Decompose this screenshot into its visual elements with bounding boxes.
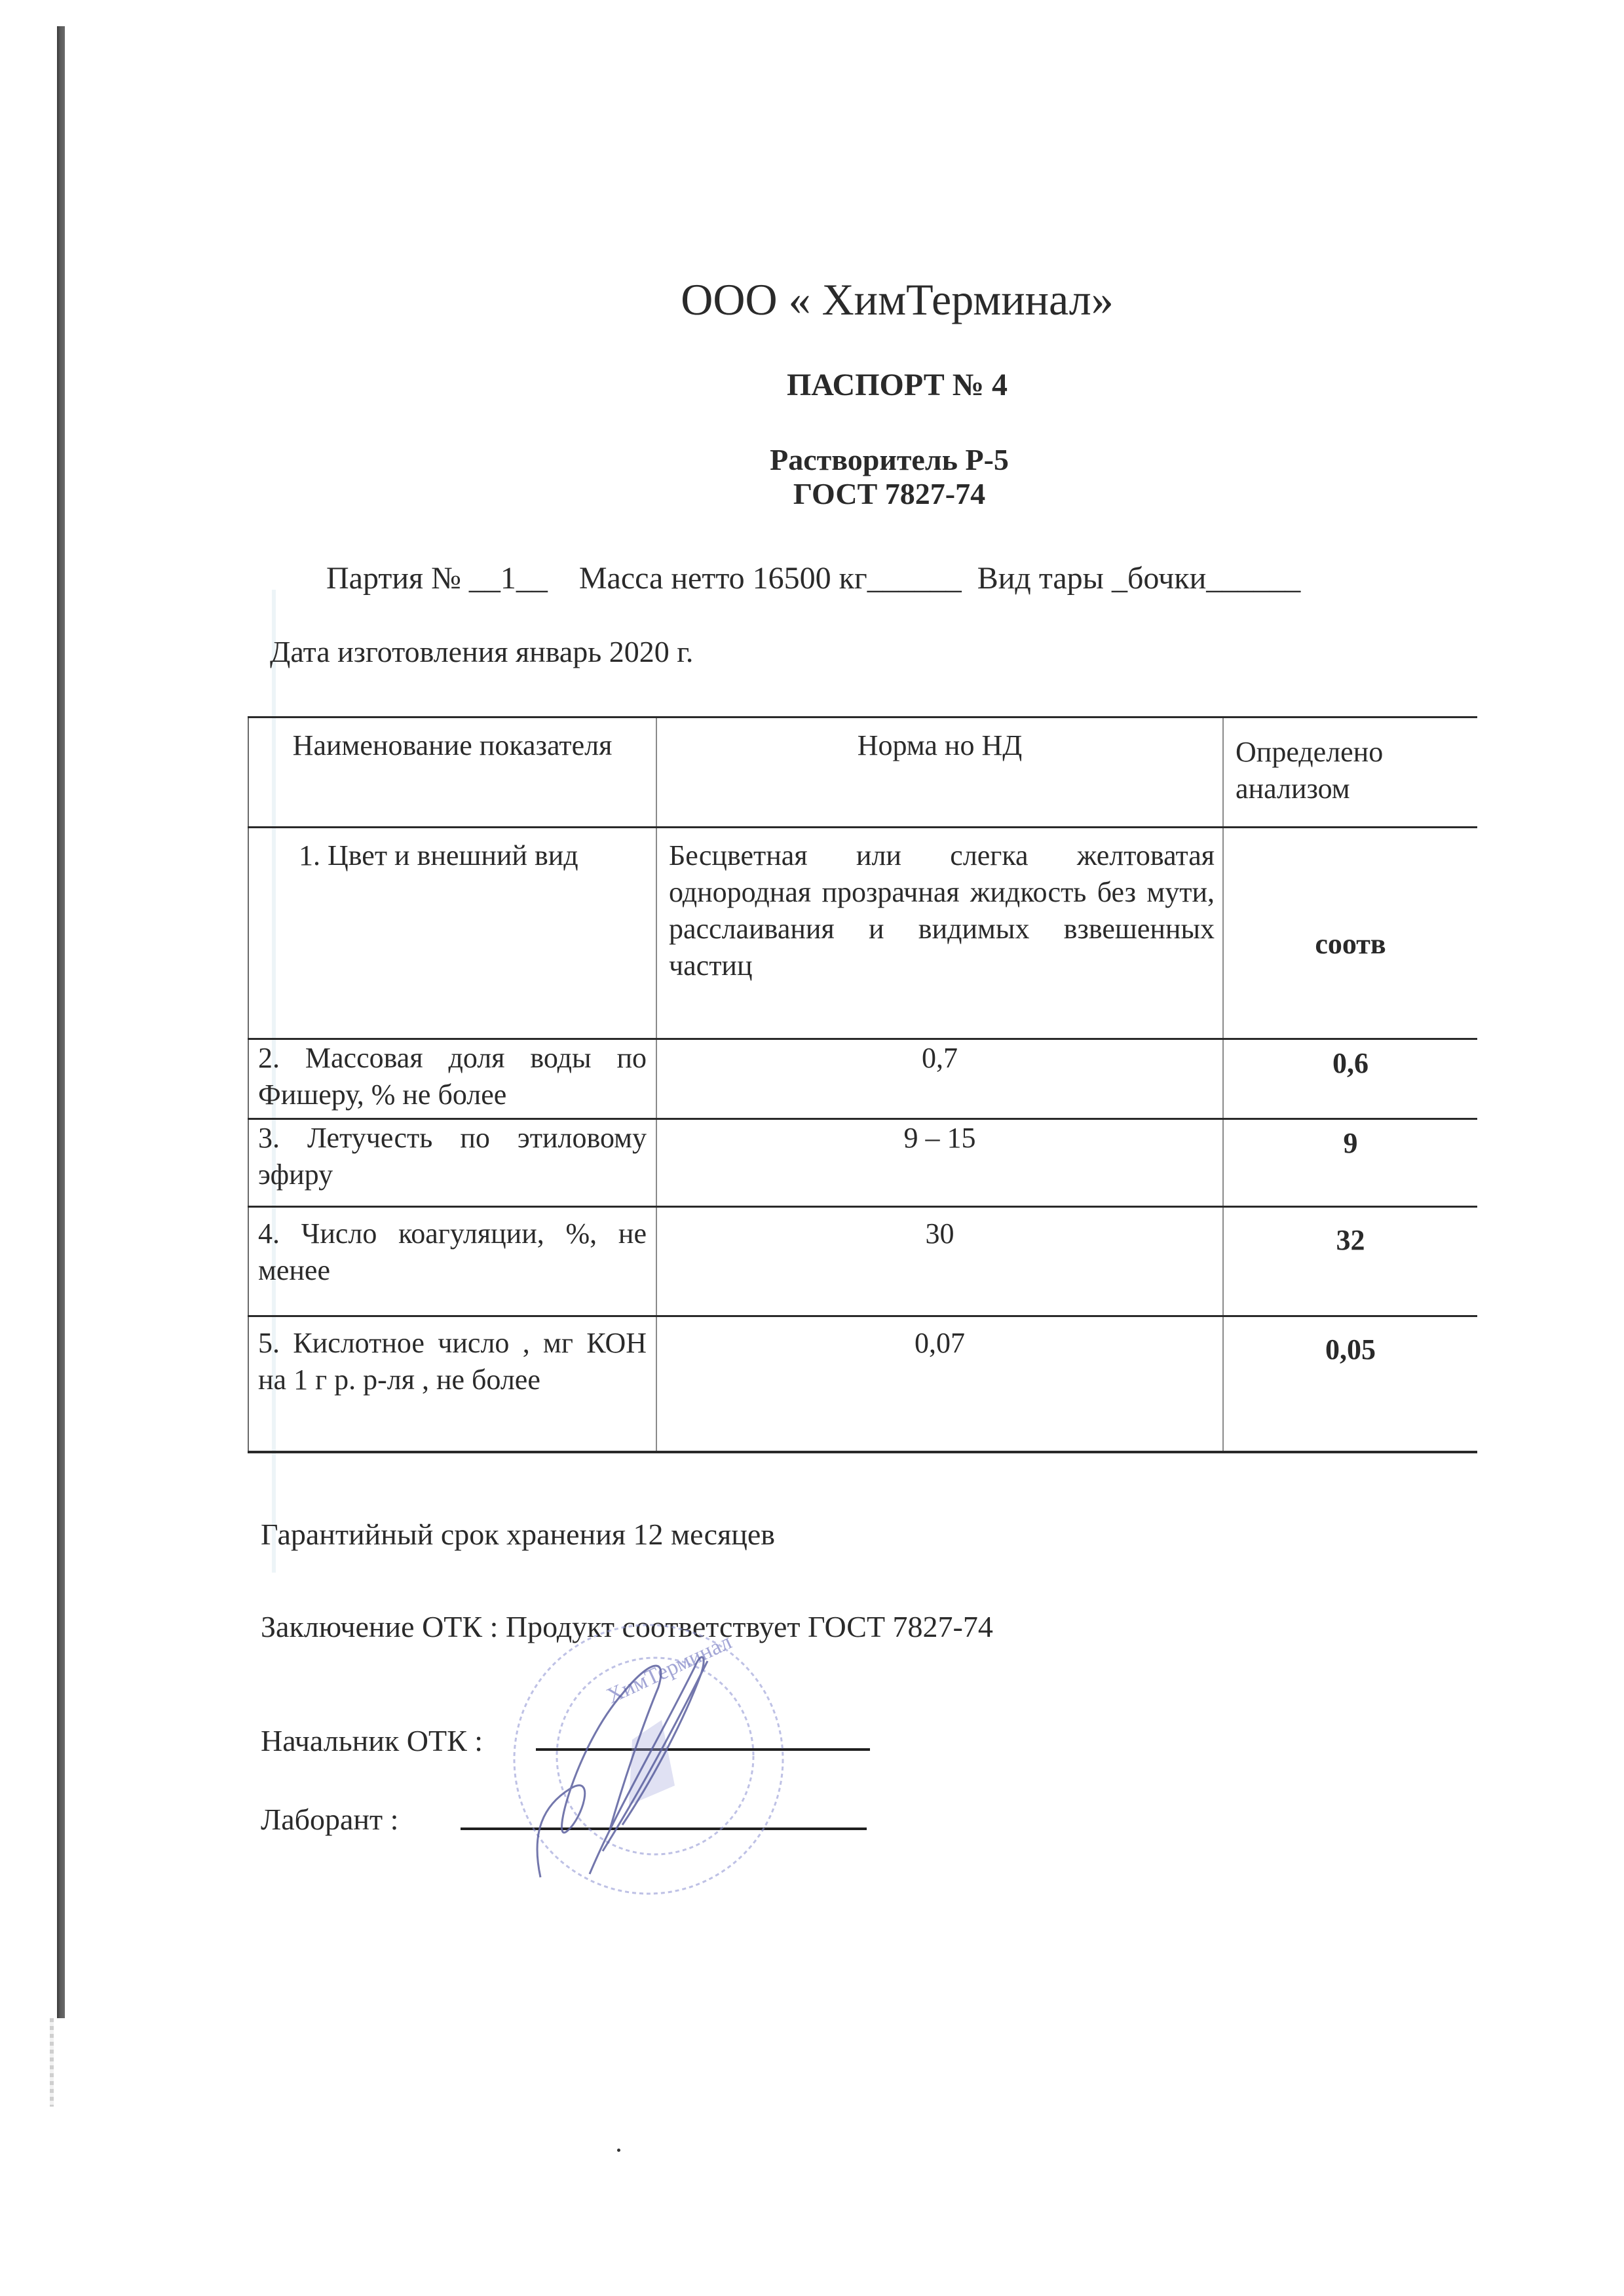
table-row: 2. Массовая доля воды по Фишеру, % не бо… [248, 1038, 1477, 1118]
product-standard: ГОСТ 7827-74 [155, 477, 1624, 511]
table-row: 3. Летучесть по этиловому эфиру 9 – 15 9 [248, 1118, 1477, 1206]
row-result: 32 [1224, 1208, 1477, 1315]
container-label: Вид тары [977, 561, 1104, 596]
row-result: 9 [1224, 1120, 1477, 1206]
row-norm: 30 [657, 1208, 1224, 1315]
table-header-row: Наименование показателя Норма но НД Опре… [248, 716, 1477, 826]
row-norm: 0,7 [657, 1040, 1224, 1118]
row-name: 5. Кислотное число , мг КОН на 1 г р. р-… [248, 1317, 657, 1451]
table-row: 5. Кислотное число , мг КОН на 1 г р. р-… [248, 1315, 1477, 1453]
batch-line: Партия № __1__ Масса нетто 16500 кг_____… [326, 560, 1300, 596]
header-result: Определено анализом [1224, 718, 1477, 826]
row-norm: 0,07 [657, 1317, 1224, 1451]
row-norm: Бесцветная или слегка желтоватая однород… [657, 828, 1224, 1038]
lab-assistant-label: Лаборант : [261, 1802, 398, 1837]
scan-edge-fade [50, 2018, 54, 2107]
warranty-period: Гарантийный срок хранения 12 месяцев [261, 1517, 775, 1552]
container-type: _бочки______ [1112, 561, 1300, 596]
row-name: 4. Число коагуляции, %, не менее [248, 1208, 657, 1315]
manufacture-date: Дата изготовления январь 2020 г. [270, 634, 693, 669]
row-norm: 9 – 15 [657, 1120, 1224, 1206]
net-mass: Масса нетто 16500 кг [579, 561, 867, 596]
table-row: 4. Число коагуляции, %, не менее 30 32 [248, 1206, 1477, 1315]
row-result: 0,6 [1224, 1040, 1477, 1118]
row-name: 1. Цвет и внешний вид [248, 828, 657, 1038]
batch-number: __1__ [469, 561, 548, 596]
quality-table: Наименование показателя Норма но НД Опре… [248, 716, 1477, 1453]
header-norm: Норма но НД [657, 718, 1224, 826]
row-result: 0,05 [1224, 1317, 1477, 1451]
row-name: 2. Массовая доля воды по Фишеру, % не бо… [248, 1040, 657, 1118]
scan-speck [617, 2149, 620, 2152]
company-stamp-icon: ХимТерминал [504, 1615, 793, 1904]
head-otk-label: Начальник ОТК : [261, 1723, 483, 1758]
row-result: соотв [1224, 828, 1477, 1038]
table-row: 1. Цвет и внешний вид Бесцветная или сле… [248, 826, 1477, 1038]
passport-title: ПАСПОРТ № 4 [0, 367, 1624, 403]
row-name: 3. Летучесть по этиловому эфиру [248, 1120, 657, 1206]
stamp-text: ХимТерминал [603, 1630, 736, 1708]
company-name: ООО « ХимТерминал» [0, 274, 1624, 326]
batch-label: Партия № [326, 561, 461, 596]
product-name: Растворитель Р-5 [155, 443, 1624, 477]
header-indicator-name: Наименование показателя [248, 718, 657, 826]
product-block: Растворитель Р-5 ГОСТ 7827-74 [0, 443, 1624, 511]
net-mass-fill: ______ [867, 561, 962, 596]
